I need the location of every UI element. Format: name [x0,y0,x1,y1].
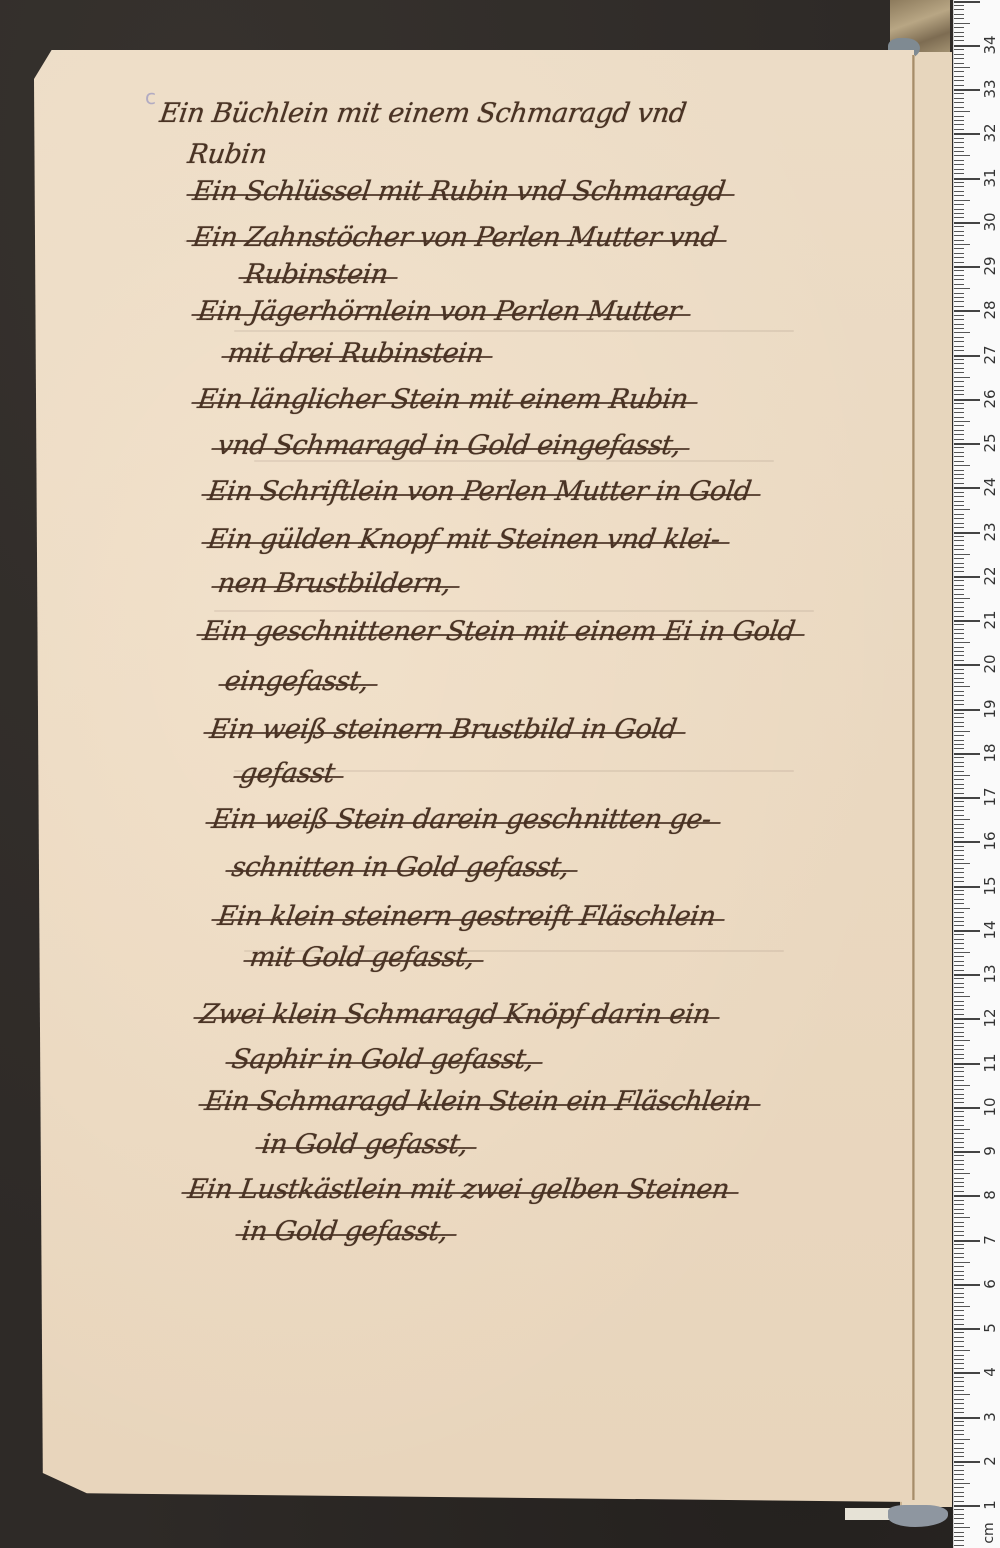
ruler-tick [954,107,964,108]
ruler-tick [954,549,964,550]
ruler-tick [954,974,980,976]
ruler-tick [954,403,964,404]
ruler-tick [954,638,964,639]
ruler-tick [954,341,964,342]
ruler-tick [954,200,970,201]
ruler-tick [954,1058,964,1059]
ruler-tick [954,1018,980,1020]
ruler-tick [954,757,964,758]
ruler-cm-label: 16 [981,831,999,851]
strikethrough-mark [191,314,690,316]
ruler-tick [954,381,964,382]
ruler-tick [954,1248,964,1249]
strikethrough-mark [225,1062,543,1064]
ruler-tick [954,554,970,555]
ruler-tick [954,301,964,302]
ruler-tick [954,709,980,711]
ruler-tick [954,443,980,445]
ruler-tick [954,310,980,312]
ruler-tick [954,456,964,457]
ruler-tick [954,948,964,949]
manuscript-line: gefasst [238,758,337,789]
ruler-tick [954,1107,980,1109]
manuscript-line: nen Brustbildern, [216,568,453,599]
ruler-tick [954,917,964,918]
ruler-tick [954,1523,964,1524]
ruler-tick [954,788,964,789]
ruler-tick [954,240,964,241]
manuscript-line: Ein geschnittener Stein mit einem Ei in … [201,616,797,647]
ruler-tick [954,894,964,895]
strikethrough-mark [211,448,690,450]
ruler-cm-label: 31 [981,168,999,188]
ruler-tick [954,908,970,909]
ruler-tick [954,487,980,489]
ruler-tick [954,1040,970,1041]
ruler-tick [954,85,964,86]
ruler-tick [954,872,964,873]
ruler-tick [954,93,964,94]
ruler-tick [954,1443,964,1444]
ruler-tick [954,1532,964,1533]
ruler-tick [954,1102,964,1103]
ruler-tick [954,195,964,196]
ruler-cm-label: 9 [981,1141,999,1161]
ruler-tick [954,899,964,900]
ruler-tick [954,465,970,466]
strikethrough-mark [205,822,720,824]
ruler-tick [954,178,980,180]
ruler-tick [954,1182,964,1183]
ruler-tick [954,1425,964,1426]
ruler-cm-label: 20 [981,654,999,674]
ruler-tick [954,49,964,50]
ruler-tick [954,1386,964,1387]
ruler-cm-label: 21 [981,610,999,630]
ruler-cm-label: 6 [981,1274,999,1294]
ruler-tick [954,32,964,33]
ruler-tick [954,1487,964,1488]
ruler-tick [954,1049,964,1050]
ruler-cm-label: 28 [981,300,999,320]
strikethrough-mark [186,240,727,242]
ruler-tick [954,36,964,37]
strikethrough-mark [211,919,725,921]
ruler-tick [954,518,964,519]
ruler-tick [954,1359,964,1360]
ruler-tick [954,164,964,165]
ruler-tick [954,704,964,705]
ruler-cm-label: 26 [981,389,999,409]
ruler-tick [954,408,964,409]
ruler-cm-label: 4 [981,1362,999,1382]
ruler-tick [954,1483,970,1484]
ruler-tick [954,1116,964,1117]
ruler-tick [954,1394,970,1395]
ruler-tick [954,102,964,103]
ruler-tick [954,1085,970,1086]
ruler-tick [954,231,964,232]
ruler-tick [954,505,964,506]
ruler-tick [954,124,964,125]
ruler-tick [954,1337,964,1338]
ruler-tick [954,868,964,869]
handwritten-text: Ein Büchlein mit einem Schmaragd vndRubi… [0,0,1000,1548]
manuscript-line: mit Gold gefasst, [248,942,476,973]
ruler-tick [954,532,980,534]
manuscript-line: Ein klein steinern gestreift Fläschlein [216,901,718,932]
ruler-tick [954,1262,970,1263]
strikethrough-mark [186,194,734,196]
ruler-tick [954,943,964,944]
ruler-tick [954,567,964,568]
ruler-tick [954,390,964,391]
ruler-tick [954,1390,964,1391]
ruler-cm-label: 13 [981,964,999,984]
manuscript-line: Ein Büchlein mit einem Schmaragd vnd [158,98,688,129]
ruler-tick [954,1302,964,1303]
ruler-tick [954,939,964,940]
ruler-tick [954,14,964,15]
ruler-tick [954,377,970,378]
strikethrough-mark [218,684,377,686]
ruler-tick [954,1138,964,1139]
ruler-tick [954,846,964,847]
ruler-tick [954,222,980,224]
ruler-tick [954,151,964,152]
ruler-tick [954,925,964,926]
manuscript-line: in Gold gefasst, [260,1129,470,1160]
ruler-tick [954,315,964,316]
ruler-tick [954,695,964,696]
ruler-tick [954,1169,964,1170]
ruler-tick [954,1054,964,1055]
ruler-tick [954,332,970,333]
ruler-tick [954,355,980,357]
ruler-tick [954,138,964,139]
ruler-tick [954,142,964,143]
strikethrough-mark [221,356,493,358]
ruler-tick [954,961,964,962]
ruler-tick [954,1257,964,1258]
ruler-tick [954,903,964,904]
strikethrough-mark [225,870,578,872]
ruler-tick [954,1200,964,1201]
ruler-tick [954,1160,964,1161]
ruler-tick [954,779,964,780]
ruler-tick [954,40,964,41]
ruler-tick [954,722,964,723]
ruler-tick [954,1479,964,1480]
ruler-tick [954,1372,980,1374]
ruler-tick [954,346,964,347]
ruler-tick [954,474,964,475]
ruler-tick [954,624,964,625]
ruler-tick [954,1363,964,1364]
ruler-tick [954,5,964,6]
ruler-tick [954,1155,964,1156]
ruler-tick [954,607,964,608]
ruler-tick [954,682,964,683]
ruler-tick [954,536,964,537]
ruler-tick [954,1341,964,1342]
manuscript-line: Ein weiß Stein darein geschnitten ge- [210,804,713,835]
ruler-tick [954,1204,964,1205]
ruler-cm-label: 7 [981,1230,999,1250]
ruler-tick [954,1014,964,1015]
ruler-tick [954,1470,964,1471]
ruler-tick [954,1540,964,1541]
ruler-tick [954,1306,970,1307]
ruler-tick [954,1240,980,1242]
ruler-tick [954,430,964,431]
ruler-tick [954,571,964,572]
ruler-tick [954,912,964,913]
ruler-tick [954,1147,964,1148]
ruler-tick [954,673,964,674]
ruler-tick [954,691,964,692]
ruler-tick [954,1,980,3]
manuscript-line: Ein gülden Knopf mit Steinen vnd klei- [206,524,722,555]
ruler-tick [954,806,964,807]
ruler-tick [954,147,964,148]
ruler-cm-label: 11 [981,1053,999,1073]
ruler-tick [954,492,964,493]
ruler-tick [954,173,964,174]
ruler-tick [954,540,964,541]
ruler-tick [954,439,964,440]
ruler-tick [954,877,964,878]
ruler-tick [954,98,964,99]
manuscript-line: Rubin [186,139,269,170]
ruler-tick [954,293,964,294]
ruler-tick [954,983,964,984]
ruler-tick [954,1332,964,1333]
ruler-tick [954,514,964,515]
ruler-tick [954,1448,964,1449]
ruler-tick [954,1350,970,1351]
ruler-tick [954,470,964,471]
ruler-tick [954,1518,964,1519]
ruler-tick [954,133,980,135]
ruler-tick [954,182,964,183]
ruler-tick [954,1235,964,1236]
manuscript-line: Ein länglicher Stein mit einem Rubin [196,384,690,415]
ruler-tick [954,633,964,634]
ruler-tick [954,1536,964,1537]
manuscript-line: Ein Schlüssel mit Rubin vnd Schmaragd [191,176,727,207]
ruler-tick [954,1452,964,1453]
ruler-cm-label: 19 [981,699,999,719]
ruler-tick [954,589,964,590]
ruler-tick [954,76,964,77]
manuscript-line: Ein Schmaragd klein Stein ein Fläschlein [203,1086,753,1117]
ruler-tick [954,1527,970,1528]
ruler-tick [954,881,964,882]
ruler-tick [954,1399,964,1400]
ruler-tick [954,368,964,369]
ruler-tick [954,58,964,59]
ruler-tick [954,425,964,426]
ruler-tick [954,209,964,210]
ruler-tick [954,1067,964,1068]
ruler-tick [954,832,964,833]
ruler-tick [954,1310,964,1311]
ruler-tick [954,978,964,979]
ruler-tick [954,496,964,497]
manuscript-line: Ein Lustkästlein mit zwei gelben Steinen [186,1174,731,1205]
ruler-tick [954,452,964,453]
ruler-tick [954,748,964,749]
ruler-tick [954,1027,964,1028]
manuscript-line: Ein weiß steinern Brustbild in Gold [208,714,679,745]
ruler-tick [954,952,970,953]
ruler-tick [954,1164,964,1165]
ruler-tick [954,461,964,462]
ruler-tick [954,1509,964,1510]
ruler-tick [954,1098,964,1099]
ruler-cm-label: 3 [981,1407,999,1427]
ruler-tick [954,1186,964,1187]
ruler-cm-label: 1 [981,1495,999,1515]
ruler-tick [954,447,964,448]
ruler-tick [954,1465,964,1466]
ruler-tick [954,620,980,622]
ruler-tick [954,1133,964,1134]
ruler-cm-label: 5 [981,1318,999,1338]
ruler-tick [954,1328,980,1330]
ruler-tick [954,337,964,338]
ruler-tick [954,1217,970,1218]
ruler-tick [954,1005,964,1006]
strikethrough-mark [191,402,697,404]
ruler-tick [954,244,970,245]
ruler-tick [954,1178,964,1179]
strikethrough-mark [198,1104,760,1106]
ruler-tick [954,1071,964,1072]
ruler-tick [954,1120,964,1121]
ruler-tick [954,386,964,387]
ruler-tick [954,1496,964,1497]
strikethrough-mark [255,1147,477,1149]
ruler-tick [954,1355,964,1356]
ruler-tick [954,1009,964,1010]
ruler-tick [954,54,964,55]
ruler-tick [954,1226,964,1227]
manuscript-line: in Gold gefasst, [240,1216,450,1247]
ruler-tick [954,1173,970,1174]
ruler-tick [954,270,964,271]
ruler-tick [954,793,964,794]
ruler-tick [954,717,964,718]
ruler-tick [954,1089,964,1090]
ruler-cm-label: 23 [981,522,999,542]
ruler-tick [954,155,970,156]
ruler-cm-label: 15 [981,876,999,896]
ruler-tick [954,1275,964,1276]
ruler-tick [954,1036,964,1037]
ruler-tick [954,545,964,546]
ruler-tick [954,288,970,289]
ruler-tick [954,257,964,258]
ruler-tick [954,850,964,851]
ruler-tick [954,1222,964,1223]
ruler-tick [954,655,964,656]
strikethrough-mark [211,586,460,588]
ruler-tick [954,1377,964,1378]
ruler-cm-label: 14 [981,920,999,940]
ruler-tick [954,394,964,395]
ruler-tick [954,797,980,799]
ruler-tick [954,890,964,891]
ruler-tick [954,1231,964,1232]
ruler-tick [954,501,964,502]
ruler-tick [954,801,964,802]
ruler-cm-label: 17 [981,787,999,807]
ruler-cm-label: 10 [981,1097,999,1117]
ruler-tick [954,160,964,161]
ruler-tick [954,1279,964,1280]
ruler-cm-label: 8 [981,1185,999,1205]
ruler-tick [954,762,964,763]
ruler-tick [954,660,964,661]
ruler-tick [954,23,970,24]
ruler-tick [954,651,964,652]
ruler-cm-label: 25 [981,433,999,453]
ruler-tick [954,1284,980,1286]
ruler-tick [954,1129,970,1130]
ruler-cm-label: 22 [981,566,999,586]
ruler-tick [954,226,964,227]
ruler-tick [954,956,964,957]
ruler-tick [954,735,964,736]
ruler-tick [954,297,964,298]
ruler-tick [954,1439,970,1440]
ruler-unit-label: cm [981,1522,997,1544]
ruler-tick [954,775,970,776]
ruler-tick [954,1434,964,1435]
ruler-tick [954,1324,964,1325]
ruler-tick [954,1421,964,1422]
ruler-tick [954,213,964,214]
ruler-tick [954,616,964,617]
ruler-tick [954,279,964,280]
ruler-tick [954,18,964,19]
ruler-tick [954,815,964,816]
ruler-tick [954,766,964,767]
ruler-tick [954,1032,964,1033]
ruler-tick [954,1094,964,1095]
ruler-tick [954,731,970,732]
ruler-tick [954,744,964,745]
ruler-tick [954,965,964,966]
ruler-tick [954,1080,964,1081]
ruler-tick [954,934,964,935]
ruler-tick [954,726,964,727]
ruler-tick [954,421,970,422]
ruler-tick [954,598,970,599]
ruler-tick [954,1288,964,1289]
ruler-tick [954,1514,964,1515]
ruler-tick [954,1209,964,1210]
ruler-tick [954,1297,964,1298]
ruler-tick [954,1111,964,1112]
ruler-tick [954,1266,964,1267]
ruler-tick [954,1213,964,1214]
ruler-tick [954,217,964,218]
ruler-tick [954,863,970,864]
ruler-tick [954,611,964,612]
